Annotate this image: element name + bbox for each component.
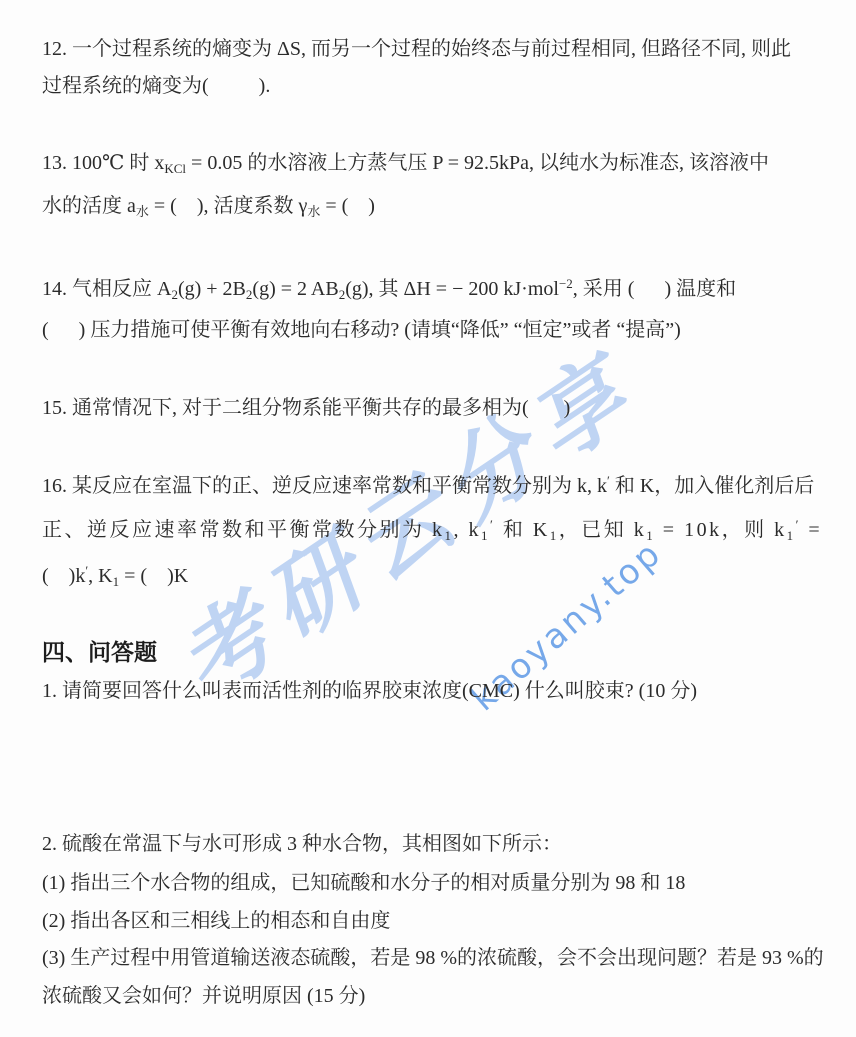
essay-question-2-part-3: (3) 生产过程中用管道输送液态硫酸，若是 98 %的浓硫酸，会不会出现问题？若… (42, 945, 824, 972)
question-13-line-2: 水的活度 a水 = ( ), 活度系数 γ水 = ( ) (42, 193, 375, 220)
essay-question-2-line-1: 2. 硫酸在常温下与水可形成 3 种水合物，其相图如下所示： (42, 831, 562, 858)
question-16-line-2: 正、逆反应速率常数和平衡常数分别为 k1, k1′ 和 K1，已知 k1 = 1… (42, 517, 822, 544)
essay-question-2-part-3-continued: 浓硫酸又会如何？并说明原因 (15 分) (42, 983, 365, 1010)
section-4-heading: 四、问答题 (42, 634, 157, 667)
exam-page: 考研云分享 kaoyany.top 12. 一个过程系统的熵变为 ΔS, 而另一… (0, 0, 856, 1037)
question-14-line-1: 14. 气相反应 A2(g) + 2B2(g) = 2 AB2(g), 其 ΔH… (42, 276, 736, 303)
question-16-line-3: ( )k′, K1 = ( )K (42, 563, 188, 590)
question-15-line-1: 15. 通常情况下, 对于二组分物系能平衡共存的最多相为( ) (42, 395, 570, 422)
essay-question-2-part-1: (1) 指出三个水合物的组成，已知硫酸和水分子的相对质量分别为 98 和 18 (42, 870, 685, 897)
question-12-line-1: 12. 一个过程系统的熵变为 ΔS, 而另一个过程的始终态与前过程相同, 但路径… (42, 36, 791, 63)
question-13-line-1: 13. 100℃ 时 xKCl = 0.05 的水溶液上方蒸气压 P = 92.… (42, 150, 769, 177)
question-16-line-1: 16. 某反应在室温下的正、逆反应速率常数和平衡常数分别为 k, k′ 和 K，… (42, 473, 814, 500)
question-12-line-2: 过程系统的熵变为( ). (42, 73, 270, 100)
essay-question-1-line-1: 1. 请简要回答什么叫表而活性剂的临界胶束浓度(CMC) 什么叫胶束? (10 … (42, 678, 697, 705)
essay-question-2-part-2: (2) 指出各区和三相线上的相态和自由度 (42, 908, 390, 935)
question-14-line-2: ( ) 压力措施可使平衡有效地向右移动? (请填“降低” “恒定”或者 “提高”… (42, 317, 681, 344)
